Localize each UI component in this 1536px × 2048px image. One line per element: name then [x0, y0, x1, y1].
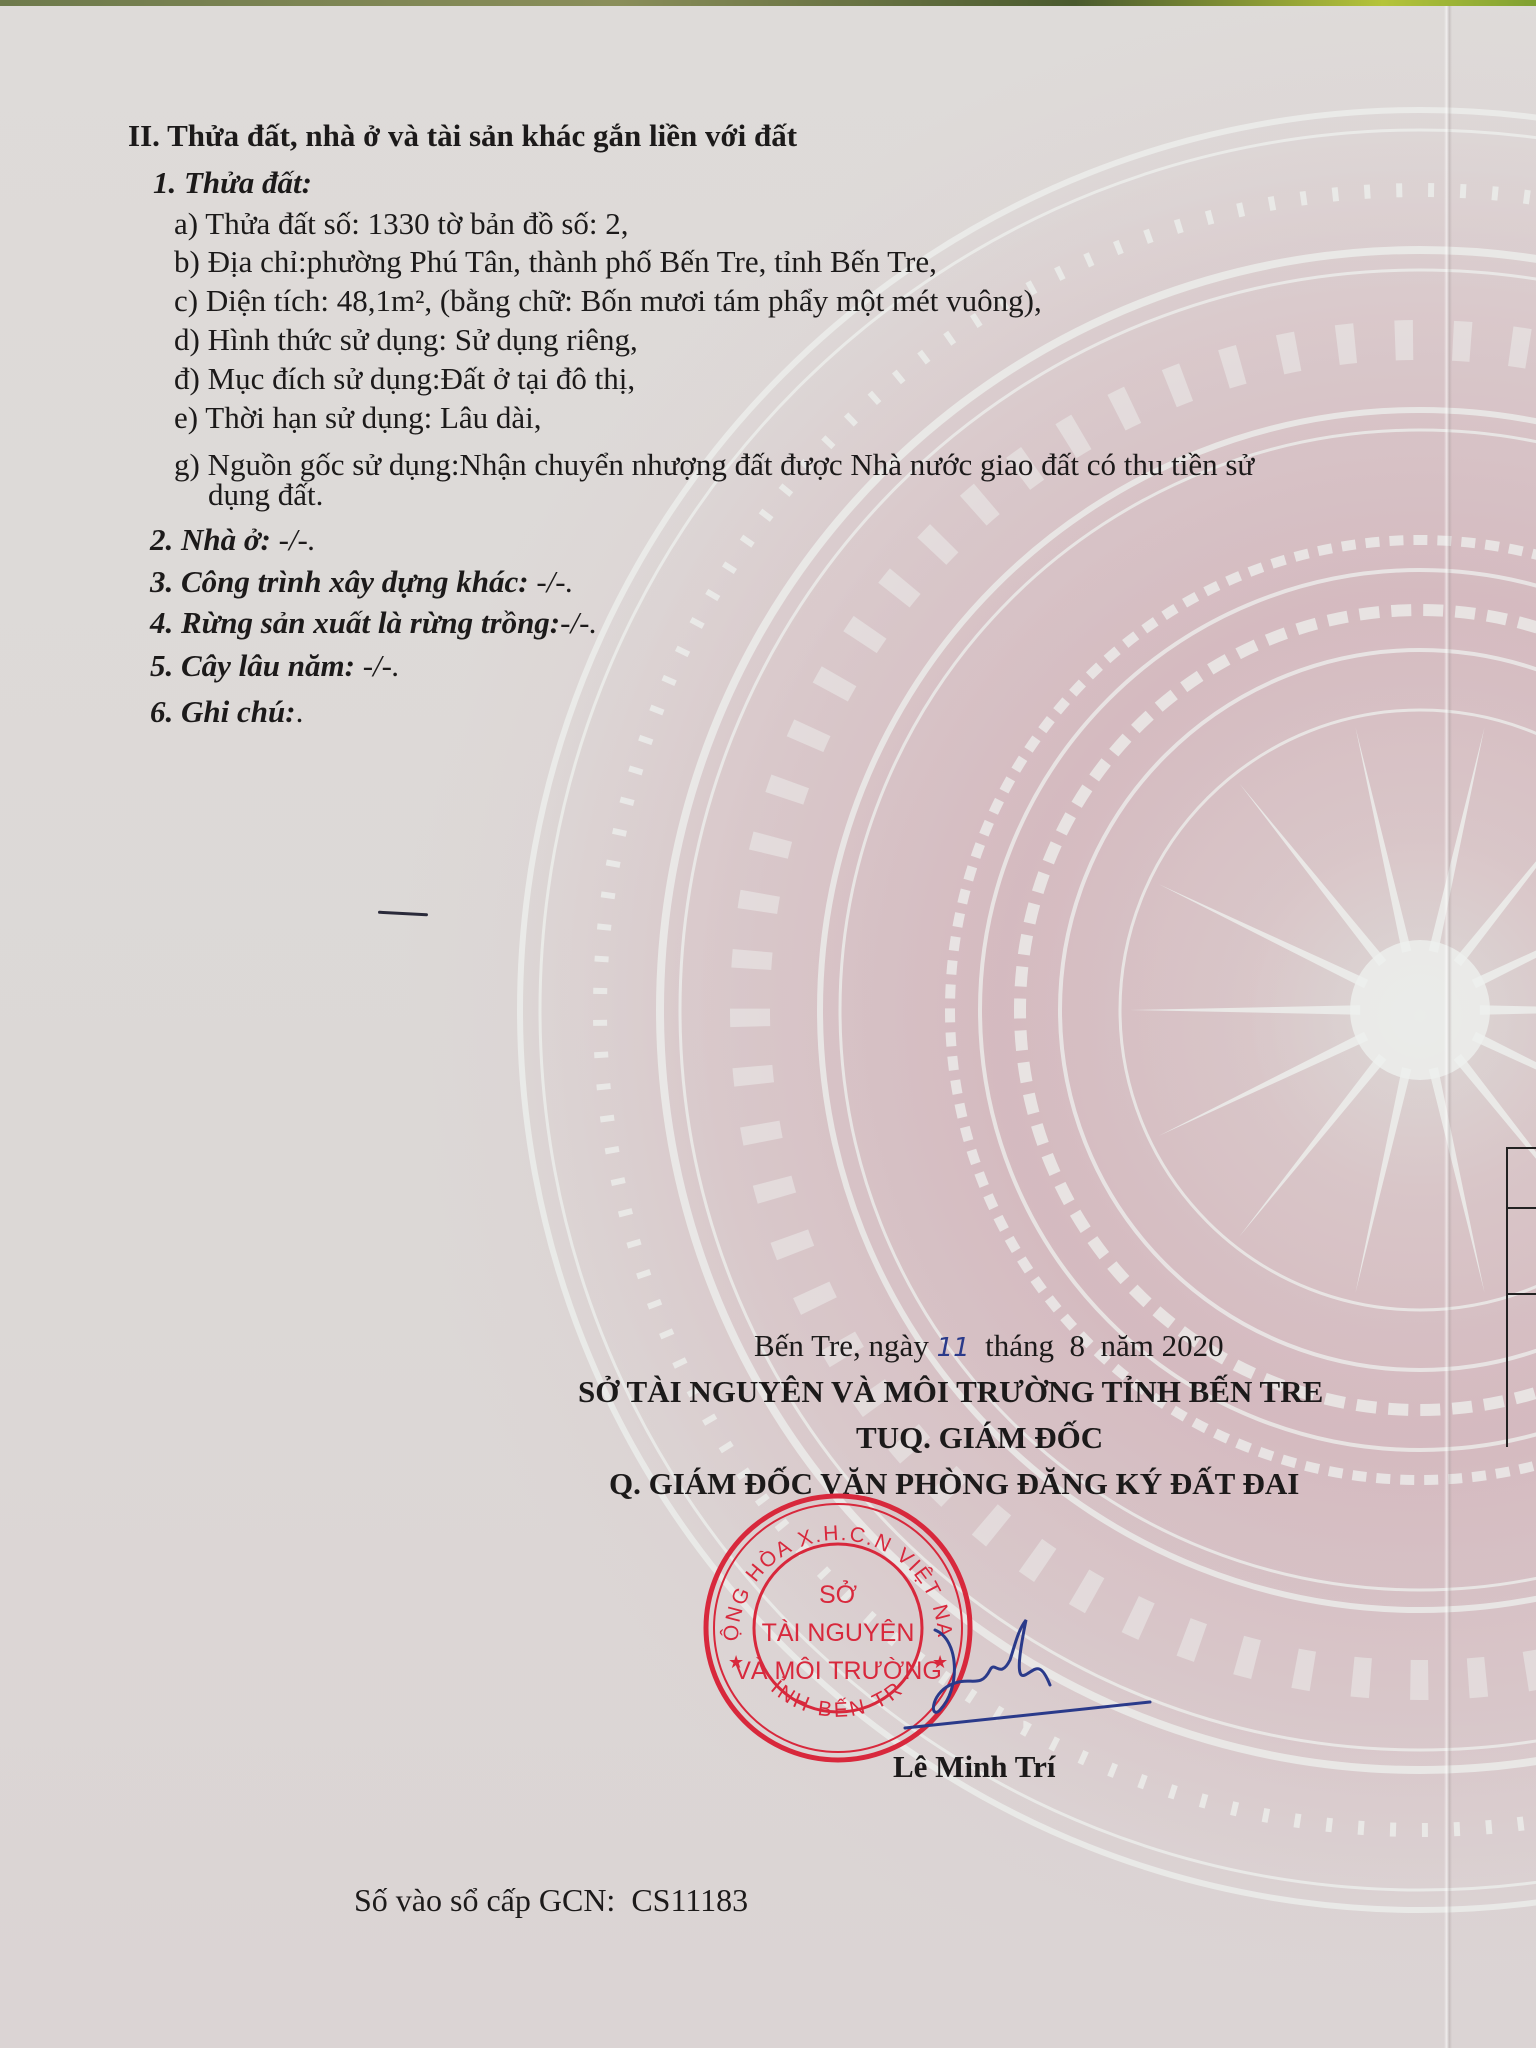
planted-forest-value: -/-. [560, 605, 597, 640]
parcel-number-label: a) Thửa đất số: [174, 206, 360, 241]
usage-term-row: e) Thời hạn sử dụng: Lâu dài, [174, 400, 542, 436]
other-construction-value: -/-. [536, 564, 573, 599]
parcel-number-row: a) Thửa đất số: 1330 tờ bản đồ số: 2, [174, 206, 629, 242]
usage-term-label: e) Thời hạn sử dụng: [174, 400, 432, 435]
planted-forest-label: 4. Rừng sản xuất là rừng trồng: [150, 605, 560, 640]
registry-label: Số vào sổ cấp GCN: [354, 1882, 615, 1918]
address-label: b) Địa chỉ: [174, 244, 307, 279]
usage-purpose-label: đ) Mục đích sử dụng: [174, 361, 441, 396]
stamp-line-1: SỞ [819, 1576, 857, 1614]
perennial-trees-label: 5. Cây lâu năm: [150, 648, 355, 683]
house-value: -/-. [279, 522, 316, 557]
usage-form-value: Sử dụng riêng, [455, 322, 638, 357]
handwritten-signature-icon [900, 1600, 1160, 1730]
notes-row: 6. Ghi chú:. [150, 694, 303, 730]
usage-form-row: d) Hình thức sử dụng: Sử dụng riêng, [174, 322, 638, 358]
parcel-heading: 1. Thửa đất: [153, 165, 312, 201]
usage-purpose-value: Đất ở tại đô thị, [441, 361, 636, 396]
other-construction-label: 3. Công trình xây dựng khác: [150, 564, 529, 599]
usage-purpose-row: đ) Mục đích sử dụng:Đất ở tại đô thị, [174, 361, 635, 397]
address-row: b) Địa chỉ:phường Phú Tân, thành phố Bến… [174, 244, 937, 280]
signer-name: Lê Minh Trí [893, 1749, 1055, 1785]
usage-origin-row: g) Nguồn gốc sử dụng:Nhận chuyển nhượng … [174, 447, 1254, 483]
stamp-line-2: TÀI NGUYÊN [762, 1614, 915, 1652]
month-value: 8 [1070, 1328, 1086, 1363]
perennial-trees-row: 5. Cây lâu năm: -/-. [150, 648, 400, 684]
notes-label: 6. Ghi chú: [150, 694, 296, 729]
parcel-number-value: 1330 tờ bản đồ số: 2, [368, 206, 629, 241]
registry-row: Số vào sổ cấp GCN: CS11183 [354, 1882, 748, 1918]
pen-mark [378, 911, 428, 917]
other-construction-row: 3. Công trình xây dựng khác: -/-. [150, 564, 573, 600]
area-value: 48,1m², (bằng chữ: Bốn mươi tám phẩy một… [337, 283, 1042, 318]
section-title: II. Thửa đất, nhà ở và tài sản khác gắn … [128, 118, 797, 154]
address-value: phường Phú Tân, thành phố Bến Tre, tỉnh … [307, 244, 937, 279]
place-date-prefix: Bến Tre, ngày [754, 1328, 929, 1363]
usage-term-value: Lâu dài, [440, 400, 542, 435]
month-label: tháng [985, 1328, 1054, 1363]
on-behalf-title: TUQ. GIÁM ĐỐC [856, 1420, 1103, 1456]
day-handwritten: 11 [937, 1333, 970, 1363]
area-label: c) Diện tích: [174, 283, 329, 318]
usage-origin-value: Nhận chuyển nhượng đất được Nhà nước gia… [459, 447, 1254, 482]
house-row: 2. Nhà ở: -/-. [150, 522, 316, 558]
registry-number: CS11183 [631, 1882, 748, 1918]
notes-value: . [296, 694, 304, 729]
usage-origin-continuation: dụng đất. [208, 477, 323, 513]
year-value: 2020 [1162, 1328, 1224, 1363]
house-label: 2. Nhà ở: [150, 522, 271, 557]
certificate-page-2: II. Thửa đất, nhà ở và tài sản khác gắn … [0, 0, 1536, 2048]
year-label: năm [1101, 1328, 1154, 1363]
area-row: c) Diện tích: 48,1m², (bằng chữ: Bốn mươ… [174, 283, 1042, 319]
usage-form-label: d) Hình thức sử dụng: [174, 322, 447, 357]
perennial-trees-value: -/-. [363, 648, 400, 683]
planted-forest-row: 4. Rừng sản xuất là rừng trồng:-/-. [150, 605, 597, 641]
place-date-line: Bến Tre, ngày 11 tháng 8 năm 2020 [754, 1328, 1224, 1366]
agency-name: SỞ TÀI NGUYÊN VÀ MÔI TRƯỜNG TỈNH BẾN TRE [578, 1374, 1323, 1410]
